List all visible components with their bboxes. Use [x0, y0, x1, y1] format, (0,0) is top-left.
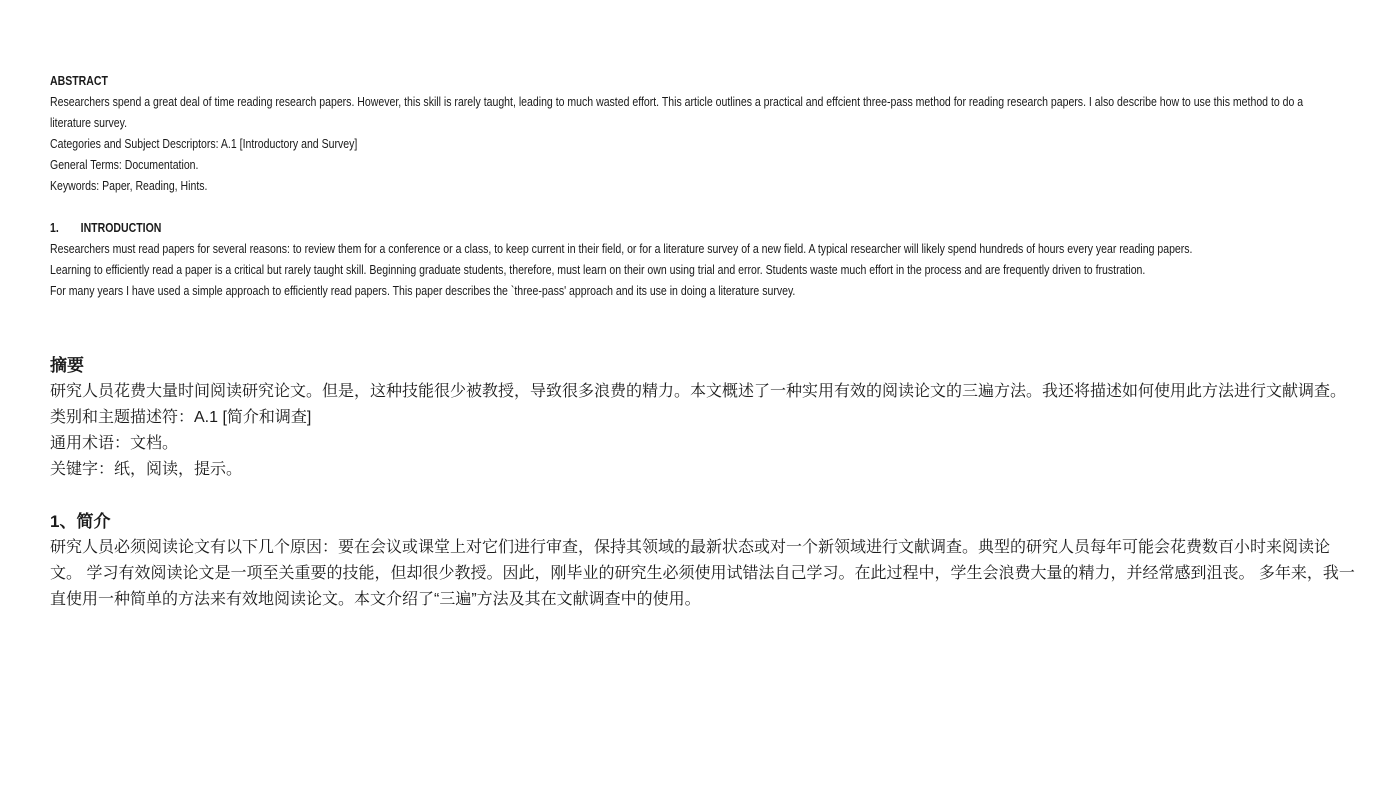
categories-line-zh: 类别和主题描述符：A.1 [简介和调查]	[50, 405, 1355, 431]
general-terms-line: General Terms: Documentation.	[50, 154, 1322, 175]
intro-paragraph-1: Researchers must read papers for several…	[50, 238, 1322, 259]
keywords-line: Keywords: Paper, Reading, Hints.	[50, 175, 1322, 196]
introduction-heading-label: INTRODUCTION	[81, 220, 162, 235]
introduction-section-number: 1.	[50, 217, 59, 238]
keywords-line-zh: 关键字：纸，阅读，提示。	[50, 457, 1355, 483]
abstract-heading: ABSTRACT	[50, 70, 1322, 91]
categories-line: Categories and Subject Descriptors: A.1 …	[50, 133, 1322, 154]
intro-paragraph-2: Learning to efficiently read a paper is …	[50, 259, 1322, 280]
general-terms-line-zh: 通用术语：文档。	[50, 431, 1355, 457]
abstract-heading-zh: 摘要	[50, 353, 1355, 379]
intro-paragraph-zh: 研究人员必须阅读论文有以下几个原因：要在会议或课堂上对它们进行审查，保持其领域的…	[50, 535, 1355, 613]
abstract-paragraph-zh: 研究人员花费大量时间阅读研究论文。但是，这种技能很少被教授，导致很多浪费的精力。…	[50, 379, 1355, 405]
intro-paragraph-3: For many years I have used a simple appr…	[50, 280, 1322, 301]
english-section: ABSTRACT Researchers spend a great deal …	[50, 70, 1322, 301]
document-page: ABSTRACT Researchers spend a great deal …	[0, 0, 1400, 613]
abstract-paragraph: Researchers spend a great deal of time r…	[50, 91, 1318, 133]
chinese-translation-section: 摘要 研究人员花费大量时间阅读研究论文。但是，这种技能很少被教授，导致很多浪费的…	[50, 353, 1355, 613]
introduction-heading: 1.INTRODUCTION	[50, 217, 1322, 238]
introduction-heading-zh: 1、简介	[50, 509, 1355, 535]
